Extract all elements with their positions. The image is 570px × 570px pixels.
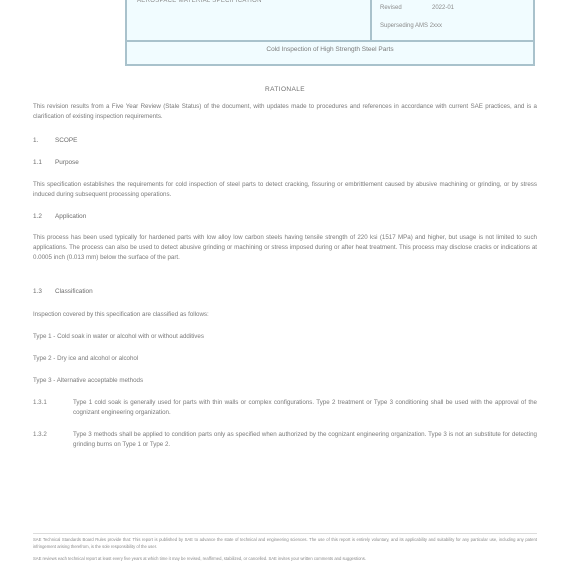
application-text: This process has been used typically for… — [33, 233, 537, 263]
section-application-heading: 1.2Application — [33, 213, 86, 220]
section-classification-heading: 1.3Classification — [33, 288, 93, 295]
section-title: SCOPE — [55, 137, 77, 144]
note-number: 1.3.1 — [33, 398, 63, 408]
section-purpose-heading: 1.1Purpose — [33, 159, 79, 166]
footer-disclaimer: SAE Technical Standards Board Rules prov… — [33, 537, 537, 550]
document-header: AEROSPACE MATERIAL SPECIFICATION Revised… — [125, 0, 535, 66]
note-number: 1.3.2 — [33, 430, 63, 440]
classification-type-1: Type 1 - Cold soak in water or alcohol w… — [33, 332, 537, 342]
section-number: 1.3 — [33, 288, 55, 295]
section-number: 1.2 — [33, 213, 55, 220]
header-publisher-text: AEROSPACE MATERIAL SPECIFICATION — [137, 0, 262, 4]
header-divider — [127, 40, 533, 42]
section-number: 1. — [33, 137, 55, 144]
revised-date: 2022-01 — [432, 5, 454, 11]
purpose-text: This specification establishes the requi… — [33, 180, 537, 200]
classification-note-2: 1.3.2 Type 3 methods shall be applied to… — [33, 430, 537, 450]
footer-review-note: SAE reviews each technical report at lea… — [33, 556, 537, 563]
classification-type-2: Type 2 - Dry ice and alcohol or alcohol — [33, 354, 537, 364]
classification-type-3: Type 3 - Alternative acceptable methods — [33, 376, 537, 386]
section-title: Application — [55, 213, 86, 220]
header-right-cell: Revised 2022-01 Superseding AMS 2xxx — [370, 0, 535, 40]
classification-intro: Inspection covered by this specification… — [33, 310, 537, 320]
note-text: Type 3 methods shall be applied to condi… — [73, 430, 537, 450]
section-scope-heading: 1.SCOPE — [33, 137, 77, 144]
rationale-heading: RATIONALE — [0, 86, 570, 93]
section-title: Classification — [55, 288, 93, 295]
classification-note-1: 1.3.1 Type 1 cold soak is generally used… — [33, 398, 537, 418]
note-text: Type 1 cold soak is generally used for p… — [73, 398, 537, 418]
section-number: 1.1 — [33, 159, 55, 166]
rationale-text: This revision results from a Five Year R… — [33, 102, 537, 122]
section-title: Purpose — [55, 159, 79, 166]
document-title: Cold Inspection of High Strength Steel P… — [127, 46, 533, 53]
revised-label: Revised — [380, 5, 402, 11]
header-left-cell: AEROSPACE MATERIAL SPECIFICATION — [127, 0, 370, 40]
footer-divider — [33, 533, 537, 534]
superseding-text: Superseding AMS 2xxx — [380, 23, 442, 29]
